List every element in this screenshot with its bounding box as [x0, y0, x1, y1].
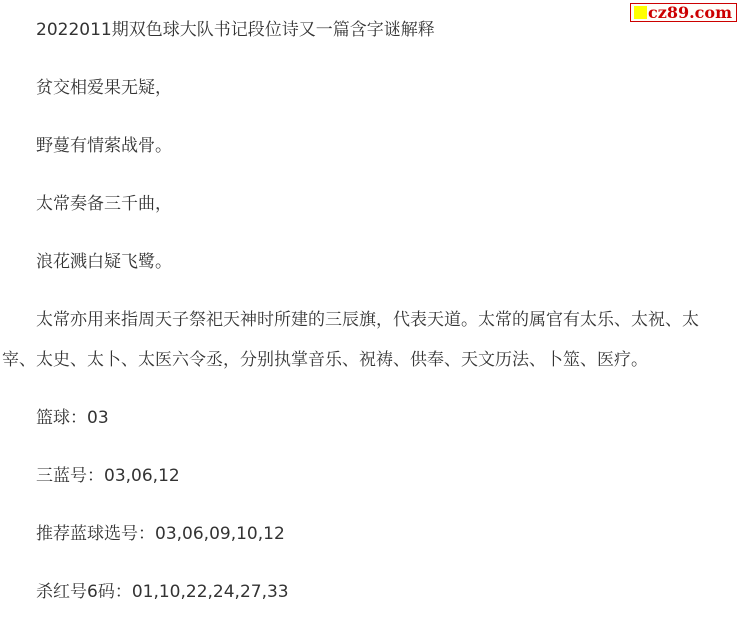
site-logo[interactable]: cz89.com [630, 3, 737, 22]
article-page: cz89.com 2022011期双色球大队书记段位诗又一篇含字谜解释 贫交相爱… [0, 0, 739, 633]
recommended-blue-line: 推荐蓝球选号：03,06,09,10,12 [2, 514, 719, 554]
article-body: 2022011期双色球大队书记段位诗又一篇含字谜解释 贫交相爱果无疑， 野蔓有情… [0, 10, 739, 612]
poem-line-3: 太常奏备三千曲， [2, 184, 719, 224]
logo-text: cz89.com [648, 5, 732, 21]
logo-square-icon [634, 6, 647, 19]
poem-line-4: 浪花溅白疑飞鹭。 [2, 242, 719, 282]
kill-red-line: 杀红号6码：01,10,22,24,27,33 [2, 572, 719, 612]
explanation-paragraph: 太常亦用来指周天子祭祀天神时所建的三辰旗，代表天道。太常的属官有太乐、太祝、太宰… [2, 300, 719, 380]
blue-ball-line: 篮球：03 [2, 398, 719, 438]
poem-line-2: 野蔓有情萦战骨。 [2, 126, 719, 166]
three-blue-line: 三蓝号：03,06,12 [2, 456, 719, 496]
poem-line-1: 贫交相爱果无疑， [2, 68, 719, 108]
article-title: 2022011期双色球大队书记段位诗又一篇含字谜解释 [2, 10, 719, 50]
